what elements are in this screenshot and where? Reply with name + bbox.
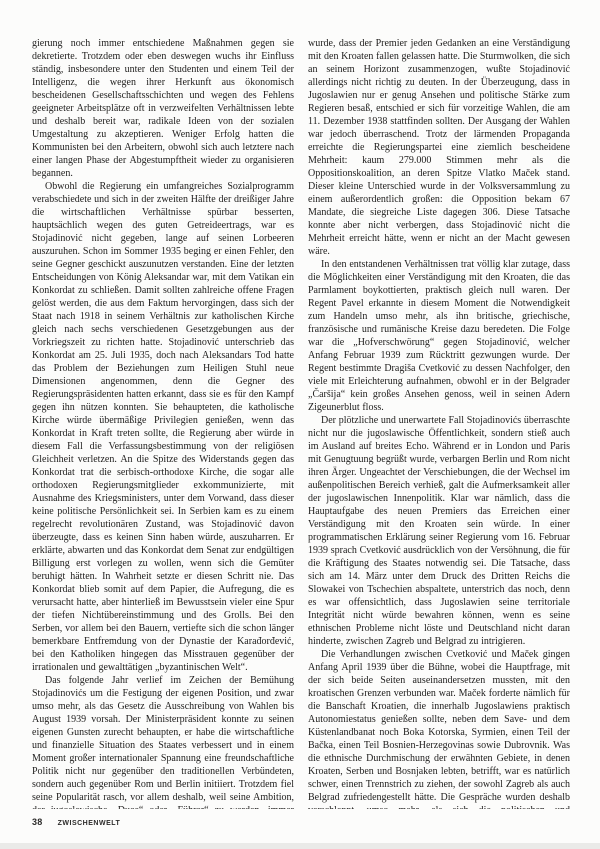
paragraph: Das folgende Jahr verlief im Zeichen der… (32, 674, 294, 809)
journal-name: ZWISCHENWELT (58, 820, 121, 827)
two-column-text-block: gierung noch immer entschiedene Maßnahme… (32, 37, 570, 809)
paragraph: In den entstandenen Verhältnissen trat v… (308, 258, 570, 414)
book-page: gierung noch immer entschiedene Maßnahme… (0, 0, 600, 849)
page-footer: 38 ZWISCHENWELT (32, 817, 120, 827)
text-column-right: wurde, dass der Premier jeden Gedanken a… (308, 37, 570, 809)
scan-bottom-edge (0, 843, 600, 849)
page-number: 38 (32, 817, 43, 827)
paragraph: Die Verhandlungen zwischen Cvetković und… (308, 648, 570, 809)
paragraph-continuation: gierung noch immer entschiedene Maßnahme… (32, 37, 294, 180)
paragraph-continuation: wurde, dass der Premier jeden Gedanken a… (308, 37, 570, 258)
text-column-left: gierung noch immer entschiedene Maßnahme… (32, 37, 294, 809)
paragraph: Obwohl die Regierung ein umfangreiches S… (32, 180, 294, 674)
paragraph: Der plötzliche und unerwartete Fall Stoj… (308, 414, 570, 648)
